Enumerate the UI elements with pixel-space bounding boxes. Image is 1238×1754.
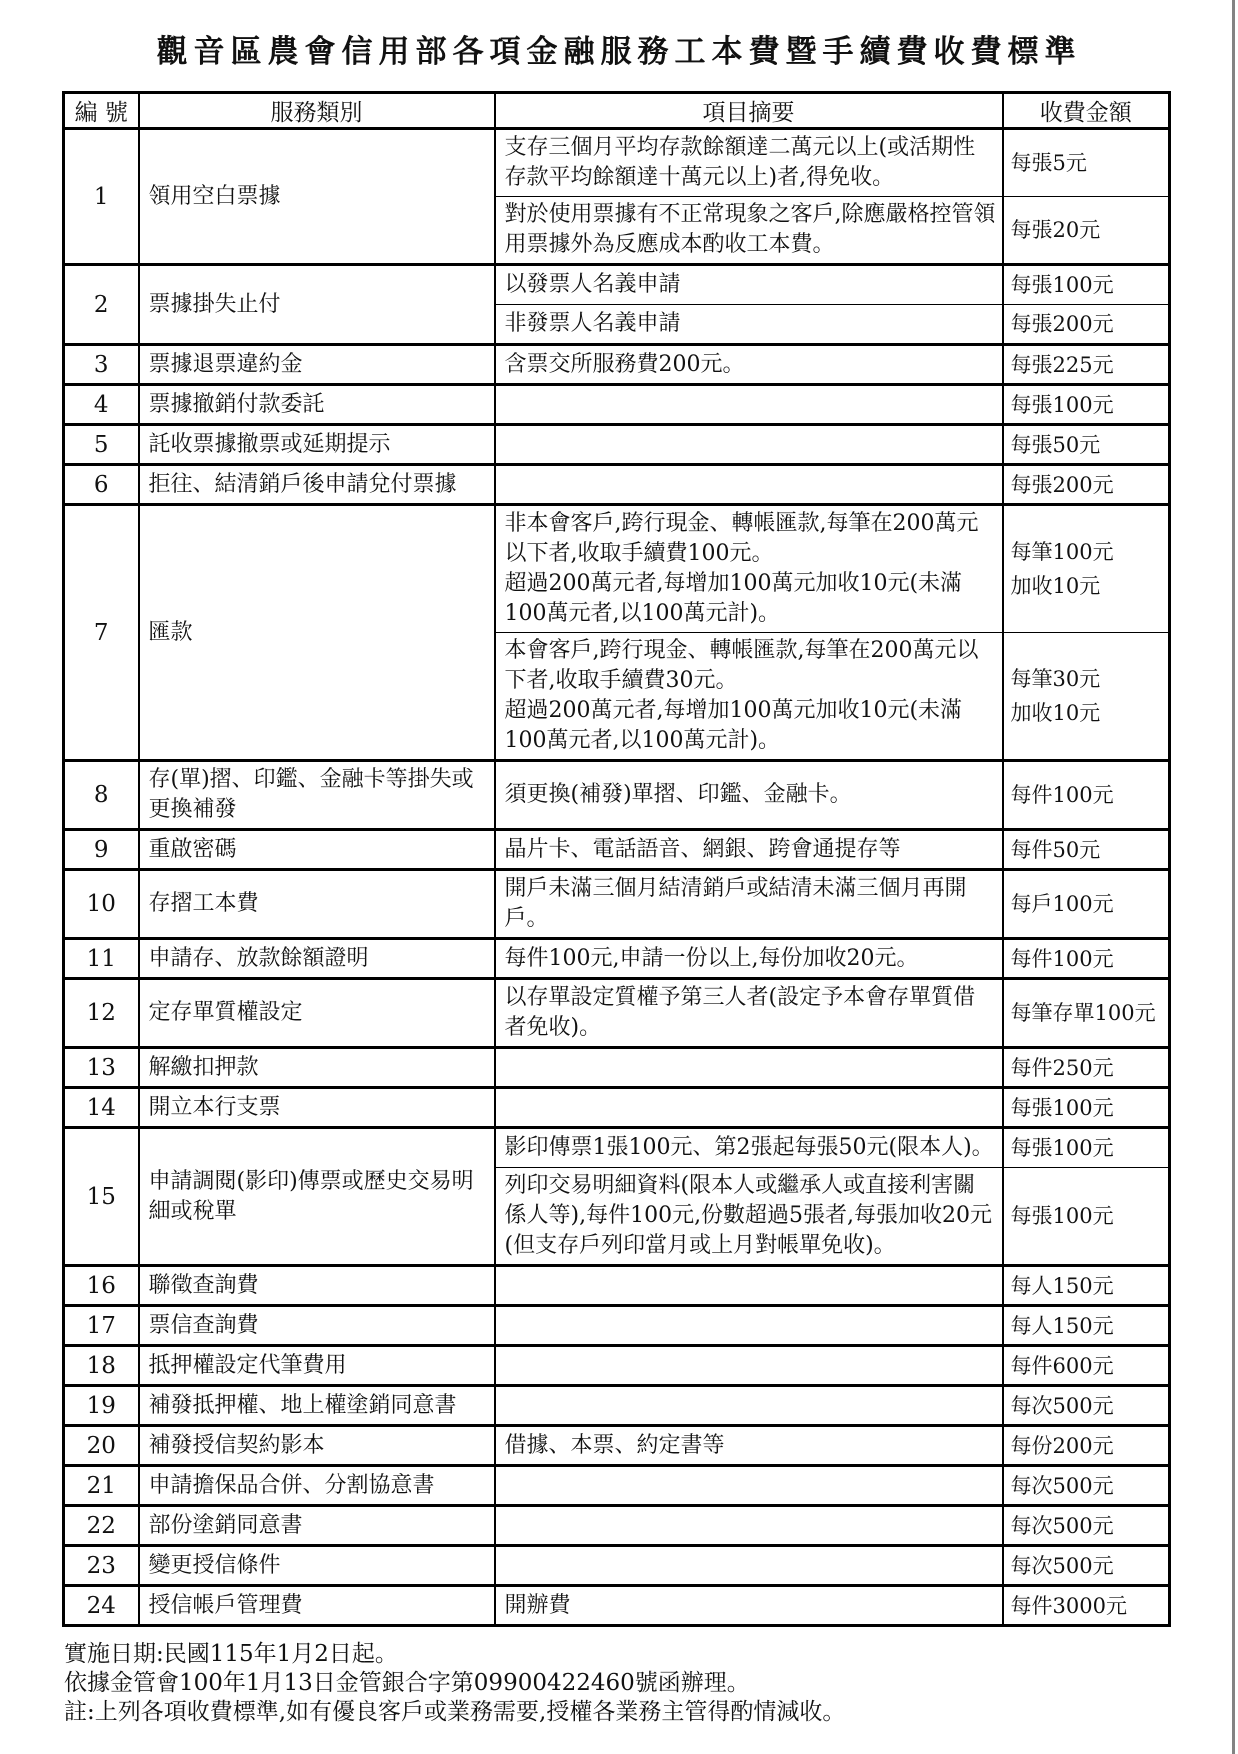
row-number: 3 [64, 345, 139, 385]
item-summary-cell: 列印交易明細資料(限本人或繼承人或直接利害關係人等),每件100元,份數超過5張… [495, 1168, 1003, 1266]
item-summary-cell: 影印傳票1張100元、第2張起每張50元(限本人)。 [495, 1128, 1003, 1168]
summary-paragraph: 以發票人名義申請 [505, 270, 996, 300]
item-summary-cell: 支存三個月平均存款餘額達二萬元以上(或活期性存款平均餘額達十萬元以上)者,得免收… [495, 129, 1003, 197]
row-number: 9 [64, 830, 139, 870]
service-category-cell: 票據掛失止付 [139, 265, 495, 345]
fee-line: 每次500元 [1011, 1552, 1165, 1580]
table-row: 10存摺工本費開戶未滿三個月結清銷戶或結清未滿三個月再開戶。每戶100元 [64, 870, 1170, 939]
table-row: 12定存單質權設定以存單設定質權予第三人者(設定予本會存單質借者免收)。每筆存單… [64, 979, 1170, 1048]
fee-amount-cell: 每件100元 [1003, 939, 1170, 979]
fee-line: 每件100元 [1011, 945, 1165, 973]
item-summary-cell: 以發票人名義申請 [495, 265, 1003, 305]
summary-paragraph: 超過200萬元者,每增加100萬元加收10元(未滿100萬元者,以100萬元計)… [505, 569, 996, 629]
summary-paragraph: 每件100元,申請一份以上,每份加收20元。 [505, 944, 996, 974]
fee-line: 每筆存單100元 [1011, 999, 1165, 1027]
fee-amount-cell: 每筆30元加收10元 [1003, 633, 1170, 761]
service-category-cell: 申請調閱(影印)傳票或歷史交易明細或稅單 [139, 1128, 495, 1266]
table-row: 7匯款非本會客戶,跨行現金、轉帳匯款,每筆在200萬元以下者,收取手續費100元… [64, 505, 1170, 633]
service-category-cell: 匯款 [139, 505, 495, 761]
fee-amount-cell: 每張225元 [1003, 345, 1170, 385]
fee-line: 每戶100元 [1011, 890, 1165, 918]
fee-line: 每次500元 [1011, 1512, 1165, 1540]
service-category-cell: 領用空白票據 [139, 129, 495, 265]
row-number: 16 [64, 1266, 139, 1306]
fee-line: 每筆100元 [1011, 538, 1165, 566]
summary-paragraph: 須更換(補發)單摺、印鑑、金融卡。 [505, 780, 996, 810]
service-category-cell: 補發授信契約影本 [139, 1426, 495, 1466]
fee-amount-cell: 每筆100元加收10元 [1003, 505, 1170, 633]
table-header-row: 編 號 服務類別 項目摘要 收費金額 [64, 93, 1170, 129]
row-number: 8 [64, 761, 139, 830]
table-row: 24授信帳戶管理費開辦費每件3000元 [64, 1586, 1170, 1626]
fee-amount-cell: 每份200元 [1003, 1426, 1170, 1466]
item-summary-cell: 非發票人名義申請 [495, 305, 1003, 345]
item-summary-cell [495, 425, 1003, 465]
fee-line: 每筆30元 [1011, 665, 1165, 693]
summary-paragraph: 超過200萬元者,每增加100萬元加收10元(未滿100萬元者,以100萬元計)… [505, 696, 996, 756]
item-summary-cell [495, 1346, 1003, 1386]
scan-edge-artifact [1232, 0, 1235, 1754]
service-category-cell: 聯徵查詢費 [139, 1266, 495, 1306]
fee-amount-cell: 每張100元 [1003, 1168, 1170, 1266]
table-row: 18抵押權設定代筆費用每件600元 [64, 1346, 1170, 1386]
fee-line: 每件100元 [1011, 781, 1165, 809]
table-row: 20補發授信契約影本借據、本票、約定書等每份200元 [64, 1426, 1170, 1466]
fee-line: 每張100元 [1011, 391, 1165, 419]
row-number: 14 [64, 1088, 139, 1128]
item-summary-cell: 本會客戶,跨行現金、轉帳匯款,每筆在200萬元以下者,收取手續費30元。超過20… [495, 633, 1003, 761]
fee-line: 每件250元 [1011, 1054, 1165, 1082]
fee-line: 每件50元 [1011, 836, 1165, 864]
fee-amount-cell: 每人150元 [1003, 1266, 1170, 1306]
table-row: 23變更授信條件每次500元 [64, 1546, 1170, 1586]
fee-amount-cell: 每筆存單100元 [1003, 979, 1170, 1048]
item-summary-cell: 開戶未滿三個月結清銷戶或結清未滿三個月再開戶。 [495, 870, 1003, 939]
item-summary-cell [495, 465, 1003, 505]
item-summary-cell [495, 1088, 1003, 1128]
fee-line: 每張200元 [1011, 310, 1165, 338]
table-row: 1領用空白票據支存三個月平均存款餘額達二萬元以上(或活期性存款平均餘額達十萬元以… [64, 129, 1170, 197]
summary-paragraph: 開辦費 [505, 1591, 996, 1621]
fee-line: 每件600元 [1011, 1352, 1165, 1380]
row-number: 12 [64, 979, 139, 1048]
item-summary-cell: 晶片卡、電話語音、網銀、跨會通提存等 [495, 830, 1003, 870]
summary-paragraph: 晶片卡、電話語音、網銀、跨會通提存等 [505, 835, 996, 865]
row-number: 24 [64, 1586, 139, 1626]
fee-amount-cell: 每件600元 [1003, 1346, 1170, 1386]
fee-amount-cell: 每件250元 [1003, 1048, 1170, 1088]
summary-paragraph: 非本會客戶,跨行現金、轉帳匯款,每筆在200萬元以下者,收取手續費100元。 [505, 509, 996, 569]
fee-amount-cell: 每張5元 [1003, 129, 1170, 197]
fee-amount-cell: 每張100元 [1003, 385, 1170, 425]
fee-line: 每張20元 [1011, 216, 1165, 244]
table-row: 6拒往、結清銷戶後申請兌付票據每張200元 [64, 465, 1170, 505]
row-number: 13 [64, 1048, 139, 1088]
regulation-reference-note: 依據金管會100年1月13日金管銀合字第09900422460號函辦理。 [64, 1669, 1238, 1698]
remark-note: 註:上列各項收費標準,如有優良客戶或業務需要,授權各業務主管得酌情減收。 [64, 1698, 1238, 1727]
page-title: 觀音區農會信用部各項金融服務工本費暨手續費收費標準 [0, 26, 1238, 71]
service-category-cell: 定存單質權設定 [139, 979, 495, 1048]
fee-schedule-table: 編 號 服務類別 項目摘要 收費金額 1領用空白票據支存三個月平均存款餘額達二萬… [62, 91, 1171, 1627]
fee-amount-cell: 每件100元 [1003, 761, 1170, 830]
fee-line: 每件3000元 [1011, 1592, 1165, 1620]
table-row: 4票據撤銷付款委託每張100元 [64, 385, 1170, 425]
row-number: 5 [64, 425, 139, 465]
row-number: 20 [64, 1426, 139, 1466]
service-category-cell: 存(單)摺、印鑑、金融卡等掛失或更換補發 [139, 761, 495, 830]
fee-line: 每張5元 [1011, 149, 1165, 177]
item-summary-cell: 以存單設定質權予第三人者(設定予本會存單質借者免收)。 [495, 979, 1003, 1048]
table-row: 14開立本行支票每張100元 [64, 1088, 1170, 1128]
fee-line: 每張100元 [1011, 271, 1165, 299]
fee-line: 每張100元 [1011, 1134, 1165, 1162]
fee-amount-cell: 每人150元 [1003, 1306, 1170, 1346]
item-summary-cell: 開辦費 [495, 1586, 1003, 1626]
row-number: 18 [64, 1346, 139, 1386]
service-category-cell: 解繳扣押款 [139, 1048, 495, 1088]
header-service-category: 服務類別 [139, 93, 495, 129]
fee-amount-cell: 每張50元 [1003, 425, 1170, 465]
item-summary-cell [495, 1048, 1003, 1088]
fee-table-body: 1領用空白票據支存三個月平均存款餘額達二萬元以上(或活期性存款平均餘額達十萬元以… [64, 129, 1170, 1626]
service-category-cell: 託收票據撤票或延期提示 [139, 425, 495, 465]
table-row: 16聯徵查詢費每人150元 [64, 1266, 1170, 1306]
service-category-cell: 部份塗銷同意書 [139, 1506, 495, 1546]
service-category-cell: 申請擔保品合併、分割協意書 [139, 1466, 495, 1506]
fee-line: 每張100元 [1011, 1094, 1165, 1122]
scanned-document-page: 觀音區農會信用部各項金融服務工本費暨手續費收費標準 編 號 服務類別 項目摘要 … [0, 0, 1238, 1754]
table-row: 19補發抵押權、地上權塗銷同意書每次500元 [64, 1386, 1170, 1426]
item-summary-cell: 借據、本票、約定書等 [495, 1426, 1003, 1466]
service-category-cell: 開立本行支票 [139, 1088, 495, 1128]
summary-paragraph: 借據、本票、約定書等 [505, 1431, 996, 1461]
summary-paragraph: 含票交所服務費200元。 [505, 350, 996, 380]
row-number: 23 [64, 1546, 139, 1586]
table-row: 17票信查詢費每人150元 [64, 1306, 1170, 1346]
row-number: 4 [64, 385, 139, 425]
table-header: 編 號 服務類別 項目摘要 收費金額 [64, 93, 1170, 129]
fee-line: 每人150元 [1011, 1312, 1165, 1340]
table-row: 8存(單)摺、印鑑、金融卡等掛失或更換補發須更換(補發)單摺、印鑑、金融卡。每件… [64, 761, 1170, 830]
row-number: 6 [64, 465, 139, 505]
fee-amount-cell: 每件50元 [1003, 830, 1170, 870]
fee-line: 每張225元 [1011, 351, 1165, 379]
item-summary-cell: 非本會客戶,跨行現金、轉帳匯款,每筆在200萬元以下者,收取手續費100元。超過… [495, 505, 1003, 633]
row-number: 21 [64, 1466, 139, 1506]
fee-line: 每張50元 [1011, 431, 1165, 459]
fee-line: 加收10元 [1011, 572, 1165, 600]
header-number: 編 號 [64, 93, 139, 129]
table-row: 21申請擔保品合併、分割協意書每次500元 [64, 1466, 1170, 1506]
document-footer: 實施日期:民國115年1月2日起。 依據金管會100年1月13日金管銀合字第09… [64, 1640, 1238, 1727]
fee-line: 加收10元 [1011, 699, 1165, 727]
summary-paragraph: 本會客戶,跨行現金、轉帳匯款,每筆在200萬元以下者,收取手續費30元。 [505, 636, 996, 696]
row-number: 22 [64, 1506, 139, 1546]
effective-date-note: 實施日期:民國115年1月2日起。 [64, 1640, 1238, 1669]
fee-amount-cell: 每次500元 [1003, 1546, 1170, 1586]
fee-line: 每次500元 [1011, 1392, 1165, 1420]
fee-amount-cell: 每次500元 [1003, 1386, 1170, 1426]
table-row: 9重啟密碼晶片卡、電話語音、網銀、跨會通提存等每件50元 [64, 830, 1170, 870]
fee-amount-cell: 每張100元 [1003, 1128, 1170, 1168]
service-category-cell: 存摺工本費 [139, 870, 495, 939]
service-category-cell: 拒往、結清銷戶後申請兌付票據 [139, 465, 495, 505]
service-category-cell: 重啟密碼 [139, 830, 495, 870]
item-summary-cell [495, 1466, 1003, 1506]
item-summary-cell [495, 385, 1003, 425]
fee-amount-cell: 每件3000元 [1003, 1586, 1170, 1626]
table-row: 11申請存、放款餘額證明每件100元,申請一份以上,每份加收20元。每件100元 [64, 939, 1170, 979]
service-category-cell: 票信查詢費 [139, 1306, 495, 1346]
item-summary-cell: 含票交所服務費200元。 [495, 345, 1003, 385]
fee-amount-cell: 每張100元 [1003, 1088, 1170, 1128]
fee-line: 每張100元 [1011, 1202, 1165, 1230]
item-summary-cell [495, 1546, 1003, 1586]
service-category-cell: 補發抵押權、地上權塗銷同意書 [139, 1386, 495, 1426]
fee-line: 每次500元 [1011, 1472, 1165, 1500]
summary-paragraph: 列印交易明細資料(限本人或繼承人或直接利害關係人等),每件100元,份數超過5張… [505, 1171, 996, 1261]
table-row: 5託收票據撤票或延期提示每張50元 [64, 425, 1170, 465]
fee-amount-cell: 每張200元 [1003, 465, 1170, 505]
row-number: 10 [64, 870, 139, 939]
table-row: 3票據退票違約金含票交所服務費200元。每張225元 [64, 345, 1170, 385]
fee-amount-cell: 每張100元 [1003, 265, 1170, 305]
row-number: 11 [64, 939, 139, 979]
fee-amount-cell: 每戶100元 [1003, 870, 1170, 939]
table-row: 22部份塗銷同意書每次500元 [64, 1506, 1170, 1546]
fee-amount-cell: 每張20元 [1003, 197, 1170, 265]
item-summary-cell [495, 1266, 1003, 1306]
item-summary-cell [495, 1306, 1003, 1346]
fee-line: 每份200元 [1011, 1432, 1165, 1460]
service-category-cell: 票據退票違約金 [139, 345, 495, 385]
row-number: 17 [64, 1306, 139, 1346]
summary-paragraph: 支存三個月平均存款餘額達二萬元以上(或活期性存款平均餘額達十萬元以上)者,得免收… [505, 133, 996, 193]
table-row: 15申請調閱(影印)傳票或歷史交易明細或稅單影印傳票1張100元、第2張起每張5… [64, 1128, 1170, 1168]
service-category-cell: 申請存、放款餘額證明 [139, 939, 495, 979]
table-row: 13解繳扣押款每件250元 [64, 1048, 1170, 1088]
row-number: 15 [64, 1128, 139, 1266]
service-category-cell: 票據撤銷付款委託 [139, 385, 495, 425]
summary-paragraph: 對於使用票據有不正常現象之客戶,除應嚴格控管領用票據外為反應成本酌收工本費。 [505, 200, 996, 260]
service-category-cell: 變更授信條件 [139, 1546, 495, 1586]
row-number: 7 [64, 505, 139, 761]
service-category-cell: 授信帳戶管理費 [139, 1586, 495, 1626]
summary-paragraph: 開戶未滿三個月結清銷戶或結清未滿三個月再開戶。 [505, 874, 996, 934]
fee-amount-cell: 每次500元 [1003, 1466, 1170, 1506]
service-category-cell: 抵押權設定代筆費用 [139, 1346, 495, 1386]
row-number: 1 [64, 129, 139, 265]
table-row: 2票據掛失止付以發票人名義申請每張100元 [64, 265, 1170, 305]
header-item-summary: 項目摘要 [495, 93, 1003, 129]
item-summary-cell [495, 1386, 1003, 1426]
item-summary-cell: 對於使用票據有不正常現象之客戶,除應嚴格控管領用票據外為反應成本酌收工本費。 [495, 197, 1003, 265]
fee-amount-cell: 每張200元 [1003, 305, 1170, 345]
row-number: 19 [64, 1386, 139, 1426]
summary-paragraph: 非發票人名義申請 [505, 309, 996, 339]
fee-line: 每人150元 [1011, 1272, 1165, 1300]
item-summary-cell [495, 1506, 1003, 1546]
fee-line: 每張200元 [1011, 471, 1165, 499]
fee-amount-cell: 每次500元 [1003, 1506, 1170, 1546]
header-fee-amount: 收費金額 [1003, 93, 1170, 129]
row-number: 2 [64, 265, 139, 345]
summary-paragraph: 影印傳票1張100元、第2張起每張50元(限本人)。 [505, 1133, 996, 1163]
item-summary-cell: 須更換(補發)單摺、印鑑、金融卡。 [495, 761, 1003, 830]
item-summary-cell: 每件100元,申請一份以上,每份加收20元。 [495, 939, 1003, 979]
summary-paragraph: 以存單設定質權予第三人者(設定予本會存單質借者免收)。 [505, 983, 996, 1043]
